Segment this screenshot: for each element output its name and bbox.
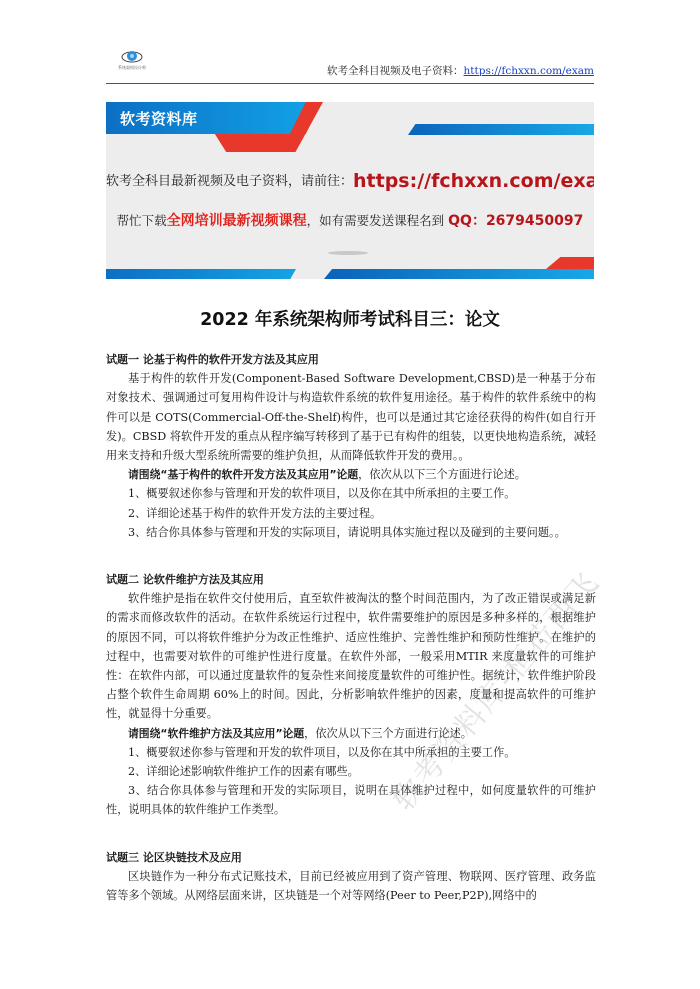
promo-banner: 软考资料库 软考全科目最新视频及电子资料，请前往：https://fchxxn.… (106, 102, 594, 279)
resource-notice: 软考全科目视频及电子资料：https://fchxxn.com/exam (327, 63, 594, 78)
logo-text: 系统架构设计师 (112, 65, 152, 71)
banner-blue-bottom-left (106, 269, 296, 279)
banner-line2-highlight: 全网培训最新视频课程 (167, 213, 307, 229)
question-body: 区块链作为一种分布式记账技术，目前已经被应用到了资产管理、物联网、医疗管理、政务… (106, 867, 596, 905)
question-1: 试题一 论基于构件的软件开发方法及其应用 基于构件的软件开发(Component… (106, 350, 596, 542)
banner-tab-label: 软考资料库 (120, 108, 198, 129)
list-item: 2、详细论述基于构件的软件开发方法的主要过程。 (106, 504, 596, 523)
page-header: 系统架构设计师 软考全科目视频及电子资料：https://fchxxn.com/… (106, 44, 594, 84)
logo-eye-icon (121, 50, 143, 63)
question-heading: 试题二 论软件维护方法及其应用 (106, 570, 596, 589)
header-divider (106, 83, 594, 84)
prompt-rest: ，依次从以下三个方面进行论述。 (304, 727, 472, 740)
banner-url[interactable]: https://fchxxn.com/exam (353, 170, 594, 192)
question-body: 基于构件的软件开发(Component-Based Software Devel… (106, 369, 596, 465)
banner-tab: 软考资料库 (106, 102, 306, 134)
list-item: 3、结合你具体参与管理和开发的实际项目，请说明具体实施过程以及碰到的主要问题。。 (106, 523, 596, 542)
banner-line2-prefix: 帮忙下载 (117, 213, 167, 228)
prompt-topic: 请围绕“基于构件的软件开发方法及其应用”论题 (128, 468, 358, 481)
question-heading: 试题三 论区块链技术及应用 (106, 848, 596, 867)
list-item: 3、结合你具体参与管理和开发的实际项目，说明在具体维护过程中，如何度量软件的可维… (106, 781, 596, 819)
document-title: 2022 年系统架构师考试科目三：论文 (0, 306, 700, 331)
banner-line2-middle: ，如有需要发送课程名到 (307, 213, 448, 228)
banner-shadow (328, 251, 368, 255)
banner-red-corner (546, 257, 594, 269)
question-heading: 试题一 论基于构件的软件开发方法及其应用 (106, 350, 596, 369)
list-item: 1、概要叙述你参与管理和开发的软件项目，以及你在其中所承担的主要工作。 (106, 484, 596, 503)
question-3: 试题三 论区块链技术及应用 区块链作为一种分布式记账技术，目前已经被应用到了资产… (106, 848, 596, 906)
question-2: 试题二 论软件维护方法及其应用 软件维护是指在软件交付使用后，直至软件被淘汰的整… (106, 570, 596, 820)
prompt-topic: 请围绕“软件维护方法及其应用”论题 (128, 727, 304, 740)
question-body: 软件维护是指在软件交付使用后，直至软件被淘汰的整个时间范围内，为了改正错误或满足… (106, 589, 596, 723)
list-item: 2、详细论述影响软件维护工作的因素有哪些。 (106, 762, 596, 781)
banner-line1-text: 软考全科目最新视频及电子资料，请前往： (106, 174, 353, 189)
banner-blue-bottom-right (324, 269, 594, 279)
prompt-rest: ，依次从以下三个方面进行论述。 (358, 468, 526, 481)
resource-label: 软考全科目视频及电子资料： (327, 65, 464, 77)
banner-line-1: 软考全科目最新视频及电子资料，请前往：https://fchxxn.com/ex… (106, 170, 594, 192)
resource-link[interactable]: https://fchxxn.com/exam (464, 65, 594, 77)
banner-line-2: 帮忙下载全网培训最新视频课程，如有需要发送课程名到 QQ：2679450097 (106, 210, 594, 230)
banner-blue-stripe (408, 124, 594, 135)
logo: 系统架构设计师 (112, 50, 152, 80)
list-item: 1、概要叙述你参与管理和开发的软件项目，以及你在其中所承担的主要工作。 (106, 743, 596, 762)
banner-qq: QQ：2679450097 (448, 213, 583, 229)
